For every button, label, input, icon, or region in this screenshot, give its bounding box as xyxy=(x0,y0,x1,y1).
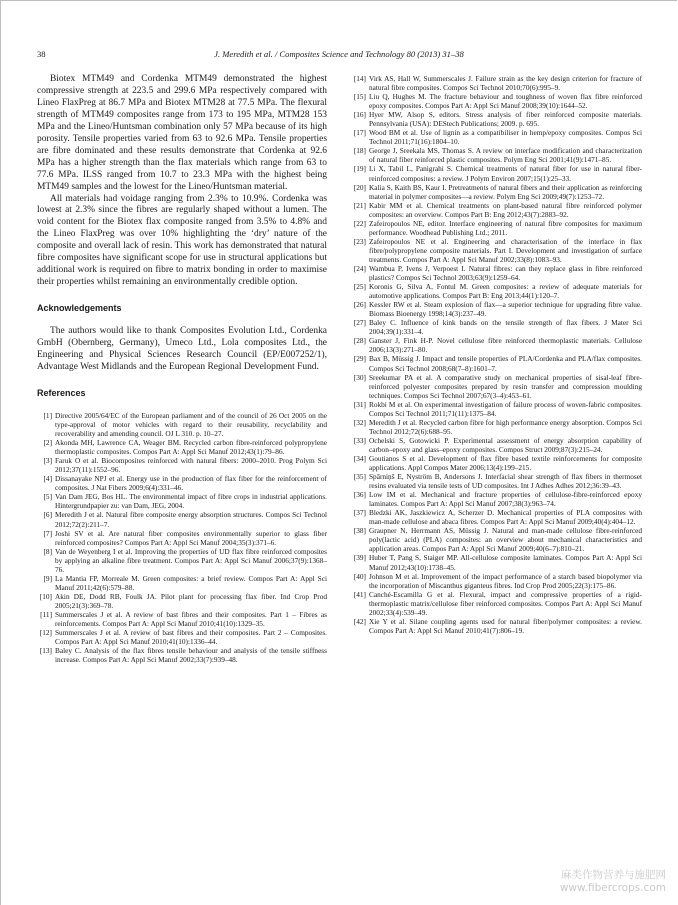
reference-number: [1] xyxy=(37,411,55,438)
reference-text: Zafeiropoulos NE et al. Engineering and … xyxy=(369,237,642,264)
reference-text: Sreekumar PA et al. A comparative study … xyxy=(369,373,642,400)
watermark-url: www.fibercrops.com xyxy=(560,882,666,895)
reference-text: Xie Y et al. Silane coupling agents used… xyxy=(369,617,642,635)
reference-item: [16]Hyer MW, Alsop S, editors. Stress an… xyxy=(352,110,642,128)
reference-item: [21]Kabir MM et al. Chemical treatments … xyxy=(352,201,642,219)
reference-text: Low IM et al. Mechanical and fracture pr… xyxy=(369,490,642,508)
reference-item: [41]Canché-Escamilla G et al. Flexural, … xyxy=(352,590,642,617)
reference-number: [35] xyxy=(352,472,369,490)
reference-number: [27] xyxy=(352,318,369,336)
reference-text: Faruk O et al. Biocomposites reinforced … xyxy=(55,456,327,474)
right-column: [14]Virk AS, Hall W, Summerscales J. Fai… xyxy=(352,74,642,635)
reference-number: [31] xyxy=(352,400,369,418)
reference-text: Huber T, Pang S, Staiger MP. All-cellulo… xyxy=(369,553,642,571)
reference-text: Liu Q, Hughes M. The fracture behaviour … xyxy=(369,92,642,110)
reference-text: Li X, Tabil L, Panigrahi S. Chemical tre… xyxy=(369,164,642,182)
reference-number: [34] xyxy=(352,454,369,472)
reference-item: [42]Xie Y et al. Silane coupling agents … xyxy=(352,617,642,635)
reference-number: [9] xyxy=(37,574,55,592)
reference-item: [27]Baley C. Influence of kink bands on … xyxy=(352,318,642,336)
reference-item: [8]Van de Weyenberg I et al. Improving t… xyxy=(37,547,327,574)
reference-number: [7] xyxy=(37,529,55,547)
reference-number: [29] xyxy=(352,354,369,372)
reference-number: [26] xyxy=(352,300,369,318)
reference-item: [2]Akonda MH, Lawrence CA, Weager BM. Re… xyxy=(37,438,327,456)
reference-text: Summerscales J et al. A review of bast f… xyxy=(55,610,327,628)
reference-number: [10] xyxy=(37,592,55,610)
reference-item: [19]Li X, Tabil L, Panigrahi S. Chemical… xyxy=(352,164,642,182)
reference-text: Meredith J et al. Natural fibre composit… xyxy=(55,510,327,528)
reference-number: [13] xyxy=(37,646,55,664)
reference-text: Zafeiropoulos NE, editor. Interface engi… xyxy=(369,219,642,237)
reference-text: Akonda MH, Lawrence CA, Weager BM. Recyc… xyxy=(55,438,327,456)
reference-item: [9]La Mantia FP, Morreale M. Green compo… xyxy=(37,574,327,592)
reference-text: Wambua P, Ivens J, Verpoest I. Natural f… xyxy=(369,264,642,282)
reference-text: La Mantia FP, Morreale M. Green composit… xyxy=(55,574,327,592)
reference-text: Bledzki AK, Jaszkiewicz A, Scherzer D. M… xyxy=(369,508,642,526)
reference-number: [23] xyxy=(352,237,369,264)
reference-item: [26]Kessler RW et al. Steam explosion of… xyxy=(352,300,642,318)
reference-text: Summerscales J et al. A review of bast f… xyxy=(55,628,327,646)
reference-text: Ganster J, Fink H-P. Novel cellulose fib… xyxy=(369,336,642,354)
reference-number: [3] xyxy=(37,456,55,474)
reference-number: [5] xyxy=(37,492,55,510)
reference-number: [38] xyxy=(352,526,369,553)
reference-item: [6]Meredith J et al. Natural fibre compo… xyxy=(37,510,327,528)
reference-item: [10]Akin DE, Dodd RB, Foulk JA. Pilot pl… xyxy=(37,592,327,610)
reference-item: [1]Directive 2005/64/EC of the European … xyxy=(37,411,327,438)
reference-text: Kalia S, Kaith BS, Kaur I. Pretreatments… xyxy=(369,183,642,201)
reference-text: Baley C. Analysis of the flax fibres ten… xyxy=(55,646,327,664)
reference-item: [30]Sreekumar PA et al. A comparative st… xyxy=(352,373,642,400)
reference-text: Canché-Escamilla G et al. Flexural, impa… xyxy=(369,590,642,617)
reference-text: Kabir MM et al. Chemical treatments on p… xyxy=(369,201,642,219)
references-heading: References xyxy=(37,388,327,398)
reference-item: [33]Ochelski S, Gotowicki P. Experimenta… xyxy=(352,436,642,454)
reference-item: [35]Spārniņš E, Nyström B, Andersons J. … xyxy=(352,472,642,490)
reference-text: Bax B, Müssig J. Impact and tensile prop… xyxy=(369,354,642,372)
reference-number: [25] xyxy=(352,282,369,300)
reference-item: [5]Van Dam JEG, Bos HL. The environmenta… xyxy=(37,492,327,510)
reference-item: [17]Wood BM et al. Use of lignin as a co… xyxy=(352,128,642,146)
acknowledgements-text: The authors would like to thank Composit… xyxy=(37,326,327,374)
reference-item: [23]Zafeiropoulos NE et al. Engineering … xyxy=(352,237,642,264)
reference-text: Baley C. Influence of kink bands on the … xyxy=(369,318,642,336)
reference-item: [12]Summerscales J et al. A review of ba… xyxy=(37,628,327,646)
reference-list-right: [14]Virk AS, Hall W, Summerscales J. Fai… xyxy=(352,74,642,635)
body-paragraph: Biotex MTM49 and Cordenka MTM49 demonstr… xyxy=(37,74,327,194)
reference-item: [34]Goutianos S et al. Development of fl… xyxy=(352,454,642,472)
reference-item: [25]Koronis G, Silva A, Fontul M. Green … xyxy=(352,282,642,300)
reference-text: Spārniņš E, Nyström B, Andersons J. Inte… xyxy=(369,472,642,490)
reference-number: [11] xyxy=(37,610,55,628)
reference-text: Directive 2005/64/EC of the European par… xyxy=(55,411,327,438)
reference-text: Graupner N, Herrmann AS, Müssig J. Natur… xyxy=(369,526,642,553)
reference-number: [42] xyxy=(352,617,369,635)
reference-number: [2] xyxy=(37,438,55,456)
running-head: 38 J. Meredith et al. / Composites Scien… xyxy=(37,49,641,61)
journal-citation: J. Meredith et al. / Composites Science … xyxy=(37,49,641,59)
reference-item: [38]Graupner N, Herrmann AS, Müssig J. N… xyxy=(352,526,642,553)
reference-item: [31]Rokbi M et al. On experimental inves… xyxy=(352,400,642,418)
reference-text: Rokbi M et al. On experimental investiga… xyxy=(369,400,642,418)
reference-item: [36]Low IM et al. Mechanical and fractur… xyxy=(352,490,642,508)
reference-item: [14]Virk AS, Hall W, Summerscales J. Fai… xyxy=(352,74,642,92)
reference-text: Virk AS, Hall W, Summerscales J. Failure… xyxy=(369,74,642,92)
acknowledgements-heading: Acknowledgements xyxy=(37,303,327,313)
reference-number: [18] xyxy=(352,146,369,164)
reference-number: [20] xyxy=(352,183,369,201)
reference-number: [24] xyxy=(352,264,369,282)
reference-list-left: [1]Directive 2005/64/EC of the European … xyxy=(37,411,327,664)
reference-item: [4]Dissanayake NPJ et al. Energy use in … xyxy=(37,474,327,492)
reference-text: Meredith J et al. Recycled carbon fibre … xyxy=(369,418,642,436)
reference-number: [33] xyxy=(352,436,369,454)
reference-item: [28]Ganster J, Fink H-P. Novel cellulose… xyxy=(352,336,642,354)
reference-item: [18]George J, Sreekala MS, Thomas S. A r… xyxy=(352,146,642,164)
reference-number: [19] xyxy=(352,164,369,182)
reference-item: [15]Liu Q, Hughes M. The fracture behavi… xyxy=(352,92,642,110)
reference-text: Hyer MW, Alsop S, editors. Stress analys… xyxy=(369,110,642,128)
reference-text: Van Dam JEG, Bos HL. The environmental i… xyxy=(55,492,327,510)
reference-number: [37] xyxy=(352,508,369,526)
reference-text: Goutianos S et al. Development of flax f… xyxy=(369,454,642,472)
site-watermark: 麻类作物营养与施肥网 www.fibercrops.com xyxy=(560,869,666,895)
reference-text: George J, Sreekala MS, Thomas S. A revie… xyxy=(369,146,642,164)
reference-number: [39] xyxy=(352,553,369,571)
reference-number: [12] xyxy=(37,628,55,646)
reference-number: [41] xyxy=(352,590,369,617)
reference-number: [6] xyxy=(37,510,55,528)
reference-text: Ochelski S, Gotowicki P. Experimental as… xyxy=(369,436,642,454)
reference-item: [24]Wambua P, Ivens J, Verpoest I. Natur… xyxy=(352,264,642,282)
reference-text: Joshi SV et al. Are natural fiber compos… xyxy=(55,529,327,547)
watermark-title: 麻类作物营养与施肥网 xyxy=(560,869,666,882)
reference-item: [7]Joshi SV et al. Are natural fiber com… xyxy=(37,529,327,547)
reference-text: Dissanayake NPJ et al. Energy use in the… xyxy=(55,474,327,492)
reference-text: Wood BM et al. Use of lignin as a compat… xyxy=(369,128,642,146)
reference-item: [39]Huber T, Pang S, Staiger MP. All-cel… xyxy=(352,553,642,571)
reference-item: [37]Bledzki AK, Jaszkiewicz A, Scherzer … xyxy=(352,508,642,526)
reference-item: [13]Baley C. Analysis of the flax fibres… xyxy=(37,646,327,664)
reference-number: [14] xyxy=(352,74,369,92)
body-paragraph: All materials had voidage ranging from 2… xyxy=(37,194,327,290)
reference-number: [22] xyxy=(352,219,369,237)
reference-number: [16] xyxy=(352,110,369,128)
reference-item: [20]Kalia S, Kaith BS, Kaur I. Pretreatm… xyxy=(352,183,642,201)
reference-number: [36] xyxy=(352,490,369,508)
reference-text: Koronis G, Silva A, Fontul M. Green comp… xyxy=(369,282,642,300)
reference-number: [28] xyxy=(352,336,369,354)
reference-number: [15] xyxy=(352,92,369,110)
left-column: Biotex MTM49 and Cordenka MTM49 demonstr… xyxy=(37,74,327,664)
reference-number: [30] xyxy=(352,373,369,400)
reference-item: [22]Zafeiropoulos NE, editor. Interface … xyxy=(352,219,642,237)
reference-number: [4] xyxy=(37,474,55,492)
reference-item: [11]Summerscales J et al. A review of ba… xyxy=(37,610,327,628)
reference-text: Kessler RW et al. Steam explosion of fla… xyxy=(369,300,642,318)
reference-number: [8] xyxy=(37,547,55,574)
reference-number: [17] xyxy=(352,128,369,146)
reference-number: [32] xyxy=(352,418,369,436)
reference-item: [3]Faruk O et al. Biocomposites reinforc… xyxy=(37,456,327,474)
reference-number: [40] xyxy=(352,572,369,590)
reference-item: [40]Johnson M et al. Improvement of the … xyxy=(352,572,642,590)
reference-text: Akin DE, Dodd RB, Foulk JA. Pilot plant … xyxy=(55,592,327,610)
reference-item: [32]Meredith J et al. Recycled carbon fi… xyxy=(352,418,642,436)
reference-text: Van de Weyenberg I et al. Improving the … xyxy=(55,547,327,574)
reference-item: [29]Bax B, Müssig J. Impact and tensile … xyxy=(352,354,642,372)
reference-number: [21] xyxy=(352,201,369,219)
reference-text: Johnson M et al. Improvement of the impa… xyxy=(369,572,642,590)
